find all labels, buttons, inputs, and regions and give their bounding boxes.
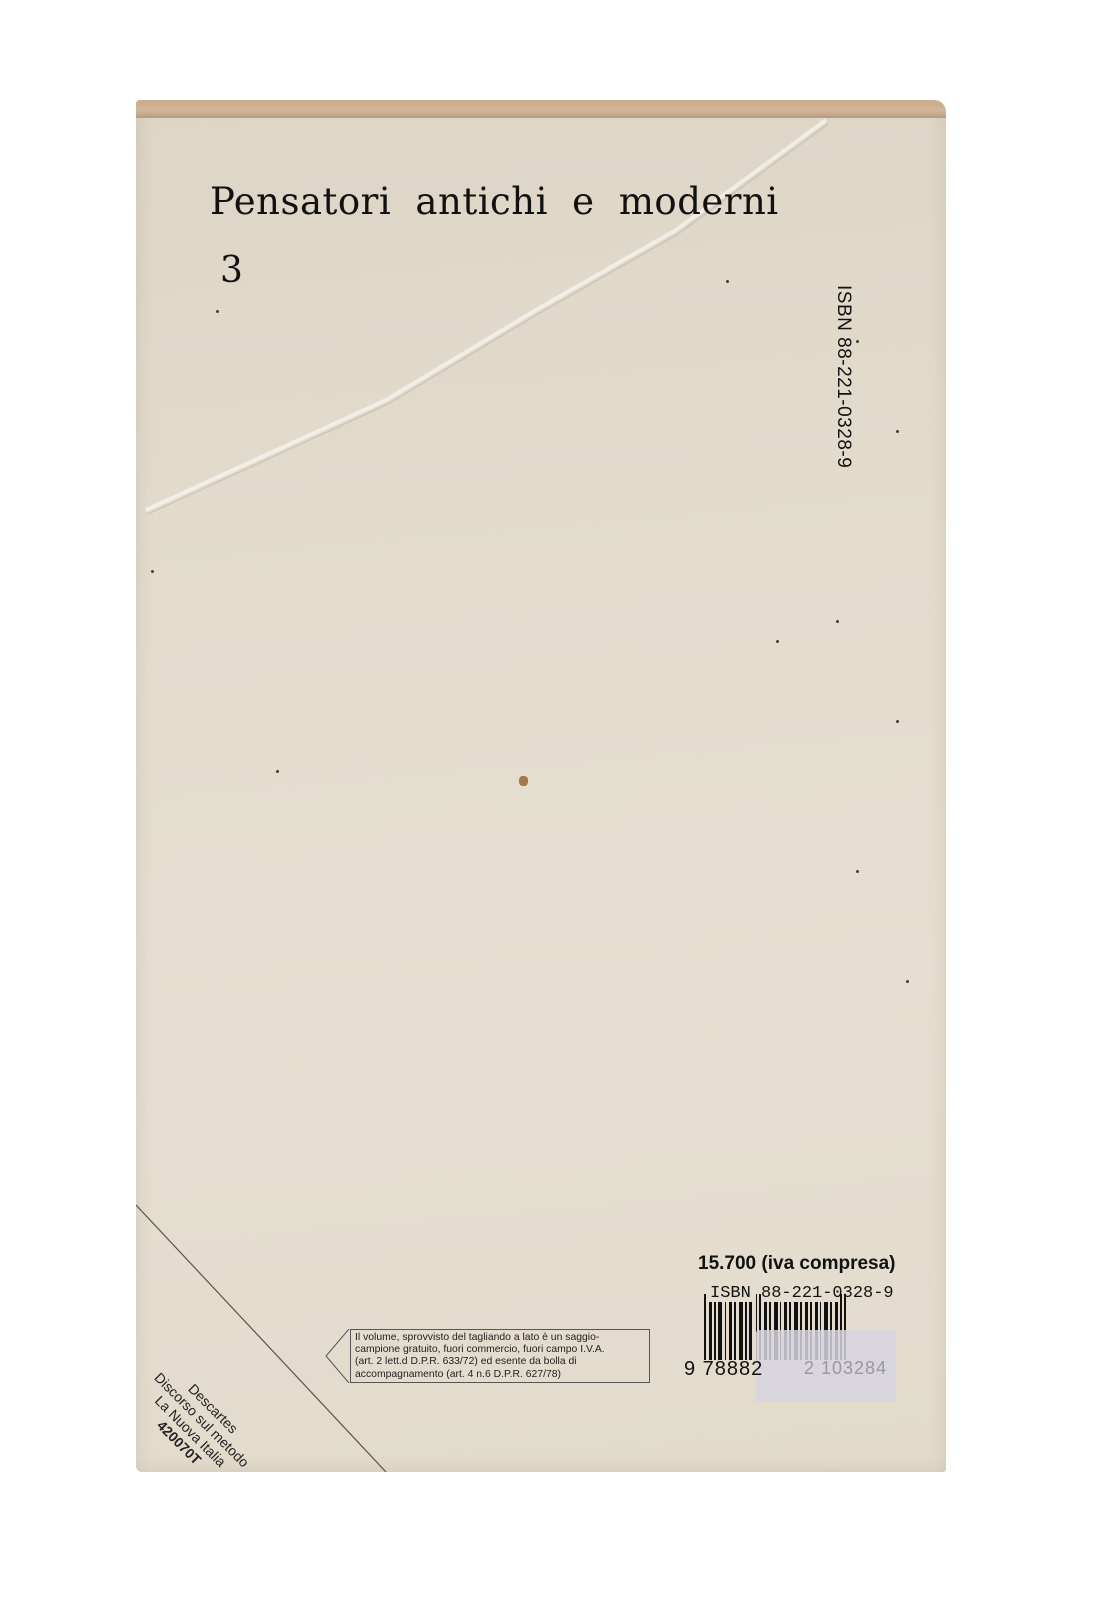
speck bbox=[896, 430, 899, 433]
speck bbox=[276, 770, 279, 773]
book-back-cover: Pensatori antichi e moderni 3 ISBN 88-22… bbox=[136, 100, 946, 1472]
speck bbox=[836, 620, 839, 623]
notice-line: campione gratuito, fuori commercio, fuor… bbox=[355, 1344, 645, 1356]
series-title: Pensatori antichi e moderni bbox=[210, 180, 779, 223]
speck bbox=[856, 340, 859, 343]
notice-line: (art. 2 lett.d D.P.R. 633/72) ed esente … bbox=[355, 1356, 645, 1368]
notice-line: accompagnamento (art. 4 n.6 D.P.R. 627/7… bbox=[355, 1369, 645, 1381]
speck bbox=[151, 570, 154, 573]
speck bbox=[776, 640, 779, 643]
price-label: 15.700 (iva compresa) bbox=[698, 1253, 896, 1275]
speck bbox=[856, 870, 859, 873]
speck bbox=[216, 310, 219, 313]
speck bbox=[896, 720, 899, 723]
barcode-isbn: ISBN 88-221-0328-9 bbox=[710, 1284, 894, 1303]
notice-arrow-icon bbox=[322, 1329, 350, 1383]
stain-mark bbox=[519, 776, 528, 786]
spine-isbn: ISBN 88-221-0328-9 bbox=[832, 285, 854, 468]
sticker-digits: 2 103284 bbox=[804, 1358, 887, 1379]
speck bbox=[726, 280, 729, 283]
coupon-tag: Descartes Discorso sul metodo La Nuova I… bbox=[129, 1358, 264, 1493]
notice-line: Il volume, sprovvisto del tagliando a la… bbox=[355, 1332, 645, 1344]
barcode-digits: 9 78882 bbox=[684, 1358, 763, 1381]
series-number: 3 bbox=[220, 250, 243, 291]
speck bbox=[906, 980, 909, 983]
legal-notice: Il volume, sprovvisto del tagliando a la… bbox=[350, 1329, 650, 1383]
book-top-edge bbox=[136, 100, 946, 118]
